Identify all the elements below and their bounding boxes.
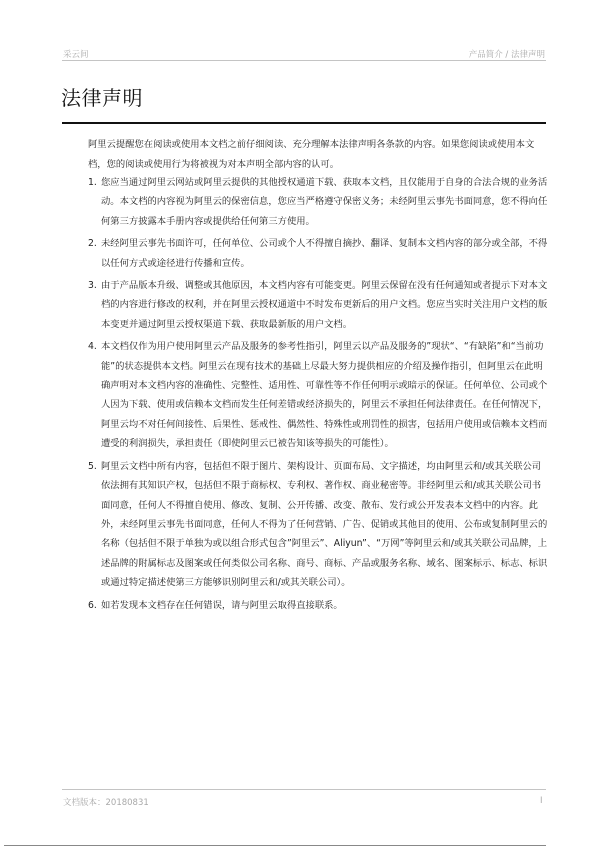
- item-number: 4.: [88, 337, 97, 356]
- item-number: 2.: [88, 234, 97, 253]
- item-text: 未经阿里云事先书面许可，任何单位、公司或个人不得擅自摘抄、翻译、复制本文档内容的…: [101, 238, 547, 268]
- item-text: 如若发现本文档存在任何错误，请与阿里云取得直接联系。: [101, 600, 343, 611]
- item-text: 本文档仅作为用户使用阿里云产品及服务的参考性指引，阿里云以产品及服务的”现状“、…: [101, 341, 547, 449]
- list-item: 3.由于产品版本升级、调整或其他原因，本文档内容有可能变更。阿里云保留在没有任何…: [88, 276, 548, 334]
- page-number: I: [540, 796, 543, 806]
- list-item: 2.未经阿里云事先书面许可，任何单位、公司或个人不得擅自摘抄、翻译、复制本文档内…: [88, 234, 548, 273]
- item-number: 5.: [88, 457, 97, 476]
- legal-clauses-list: 1.您应当通过阿里云网站或阿里云提供的其他授权通道下载、获取本文档，且仅能用于自…: [88, 173, 548, 618]
- list-item: 5.阿里云文档中所有内容，包括但不限于图片、架构设计、页面布局、文字描述，均由阿…: [88, 457, 548, 593]
- item-text: 您应当通过阿里云网站或阿里云提供的其他授权通道下载、获取本文档，且仅能用于自身的…: [101, 177, 547, 227]
- item-text: 阿里云文档中所有内容，包括但不限于图片、架构设计、页面布局、文字描述，均由阿里云…: [101, 461, 547, 588]
- title-divider: [62, 122, 546, 124]
- item-text: 由于产品版本升级、调整或其他原因，本文档内容有可能变更。阿里云保留在没有任何通知…: [101, 280, 547, 330]
- breadcrumb: 产品简介 / 法律声明: [469, 48, 545, 60]
- page-title: 法律声明: [61, 82, 143, 111]
- document-version: 文档版本：20180831: [63, 796, 149, 808]
- item-number: 1.: [88, 173, 97, 192]
- page-bottom-divider: [4, 845, 546, 846]
- list-item: 4.本文档仅作为用户使用阿里云产品及服务的参考性指引，阿里云以产品及服务的”现状…: [88, 337, 548, 453]
- intro-paragraph: 阿里云提醒您在阅读或使用本文档之前仔细阅读、充分理解本法律声明各条款的内容。如果…: [88, 135, 548, 174]
- item-number: 6.: [88, 596, 97, 615]
- page-header: 采云间 产品简介 / 法律声明: [62, 46, 546, 61]
- footer-divider: [62, 789, 546, 790]
- item-number: 3.: [88, 276, 97, 295]
- list-item: 6.如若发现本文档存在任何错误，请与阿里云取得直接联系。: [88, 596, 548, 615]
- header-left-text: 采云间: [63, 48, 89, 60]
- list-item: 1.您应当通过阿里云网站或阿里云提供的其他授权通道下载、获取本文档，且仅能用于自…: [88, 173, 548, 231]
